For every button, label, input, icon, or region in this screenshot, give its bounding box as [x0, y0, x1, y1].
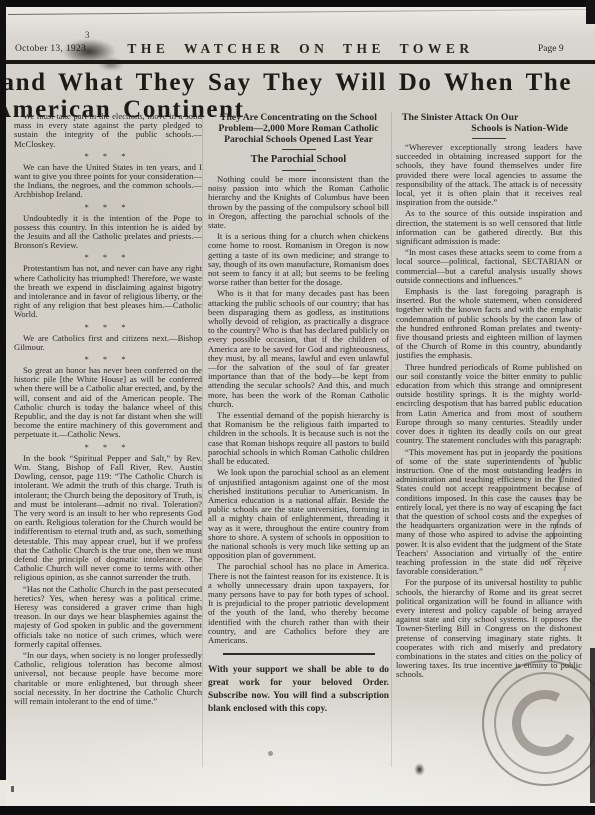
quote-paragraph: We must take part in the elections, move…: [14, 112, 202, 149]
heading-line: Problem—2,000 More Roman Catholic: [208, 123, 389, 134]
body-paragraph: Emphasis is the last foregoing paragraph…: [396, 287, 582, 361]
quote-paragraph: Protestantism has not, and never can hav…: [14, 264, 202, 319]
page-number: Page 9: [538, 44, 564, 54]
newspaper-page: 3 October 13, 1923 THE WATCHER ON THE TO…: [6, 7, 595, 806]
quote-paragraph: We are Catholics first and citizens next…: [14, 334, 202, 352]
scratch-line: [8, 9, 592, 15]
asterisk-separator: * * *: [14, 151, 202, 161]
scan-border-top: [0, 0, 595, 7]
promo-divider: [223, 653, 375, 655]
article-heading-line-1: The Sinister Attack On Our: [396, 112, 582, 123]
ink-smudge: [98, 57, 124, 71]
heading-divider: [282, 170, 316, 171]
quote-paragraph: We can have the United States in ten yea…: [14, 163, 202, 200]
subscription-notice: With your support we shall be able to do…: [208, 664, 389, 716]
column-middle-article: They Are Concentrating on the School Pro…: [208, 112, 389, 774]
body-paragraph: Who is it that for many decades past has…: [208, 289, 389, 409]
asterisk-separator: * * *: [14, 354, 202, 364]
body-paragraph: The essential demand of the popish hiera…: [208, 411, 389, 466]
body-paragraph: “Wherever exceptionally strong leaders h…: [396, 143, 582, 207]
quote-paragraph: Undoubtedly it is the intention of the P…: [14, 214, 202, 251]
column-left-quotes: We must take part in the elections, move…: [14, 112, 202, 774]
body-paragraph: It is a serious thing for a church when …: [208, 232, 389, 287]
heading-line: Parochial Schools Opened Last Year: [208, 134, 389, 145]
body-paragraph: As to the source of this outside inspira…: [396, 209, 582, 246]
column-right-article: The Sinister Attack On Our Schools is Na…: [396, 112, 582, 774]
quote-paragraph: So great an honor has never been conferr…: [14, 366, 202, 440]
scan-border-bottom: [0, 806, 595, 815]
asterisk-separator: * * *: [14, 202, 202, 212]
pen-scribble: [540, 455, 586, 595]
article-heading-line-2: Schools is Nation-Wide: [396, 123, 582, 134]
body-paragraph: We look upon the parochial school as an …: [208, 468, 389, 560]
column-rule: [391, 112, 392, 767]
article-subhead: The Parochial School: [208, 154, 389, 166]
body-paragraph: In the book “Spiritual Pepper and Salt,”…: [14, 454, 202, 583]
article-heading: They Are Concentrating on the School Pro…: [208, 112, 389, 145]
asterisk-separator: * * *: [14, 442, 202, 452]
body-paragraph: Nothing could be more inconsistent than …: [208, 175, 389, 230]
heading-line: They Are Concentrating on the School: [208, 112, 389, 123]
body-paragraph: “In most cases these attacks seem to com…: [396, 248, 582, 285]
heading-divider: [472, 138, 506, 139]
column-rule: [202, 112, 203, 767]
body-paragraph: The parochial school has no place in Ame…: [208, 562, 389, 645]
ink-blot: [414, 763, 425, 776]
body-paragraph: “Has not the Catholic Church in the past…: [14, 585, 202, 649]
scan-edge-right: [590, 648, 595, 803]
scan-corner-mark: [586, 0, 595, 24]
ink-blot: [268, 751, 273, 756]
scan-border-left: [0, 0, 6, 780]
heading-divider: [282, 149, 316, 150]
headline-line-1: land What They Say They Will Do When The: [6, 69, 595, 96]
body-paragraph: “In our days, when society is no longer …: [14, 651, 202, 706]
edge-speck: [11, 786, 14, 792]
asterisk-separator: * * *: [14, 252, 202, 262]
body-paragraph: Three hundred periodicals of Rome publis…: [396, 363, 582, 446]
asterisk-separator: * * *: [14, 322, 202, 332]
